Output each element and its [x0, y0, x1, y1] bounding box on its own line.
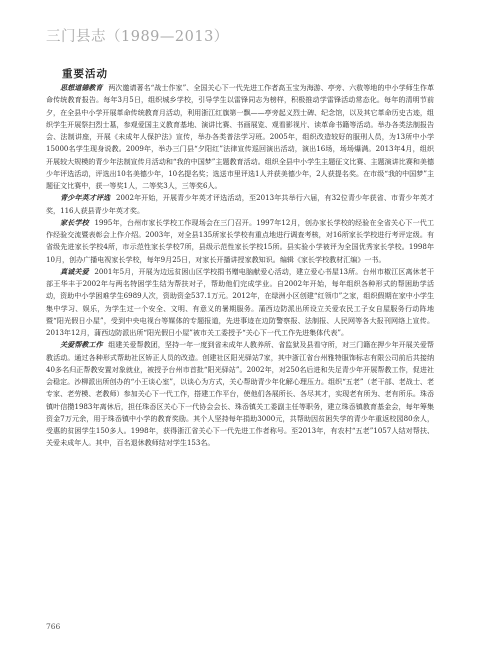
paragraph-text: 1995年，台州市家长学校工作现场会在三门召开。1997年12月，创办家长学校的…	[46, 218, 434, 264]
paragraph-care-assistance: 关爱帮教工作组建关爱帮教团，坚持一年一度到省未成年人教养所、省监狱及县看守所，对…	[46, 339, 434, 449]
paragraph-keyword: 思想道德教育	[60, 83, 102, 92]
paragraph-keyword: 真诚关爱	[60, 267, 89, 276]
page-number: 766	[46, 622, 60, 631]
paragraph-sincere-care: 真诚关爱2001年5月，开展为边远贫困山区学校捐书赠电脑献爱心活动，建立爱心书屋…	[46, 266, 434, 340]
paragraph-keyword: 家长学校	[60, 218, 89, 227]
running-header: 三门县志（1989—2013）	[46, 25, 229, 46]
paragraph-keyword: 青少年英才评选	[60, 193, 110, 202]
paragraph-text: 两次邀请著名“战士作家”、全国关心下一代先进工作者高玉宝为海游、亭旁、六敖等地的…	[46, 83, 434, 190]
paragraph-moral-education: 思想道德教育两次邀请著名“战士作家”、全国关心下一代先进工作者高玉宝为海游、亭旁…	[46, 82, 434, 192]
paragraph-parent-school: 家长学校1995年，台州市家长学校工作现场会在三门召开。1997年12月，创办家…	[46, 217, 434, 266]
body-text: 思想道德教育两次邀请著名“战士作家”、全国关心下一代先进工作者高玉宝为海游、亭旁…	[46, 82, 434, 450]
section-title: 重要活动	[62, 66, 108, 81]
paragraph-keyword: 关爱帮教工作	[60, 340, 103, 349]
paragraph-text: 2001年5月，开展为边远贫困山区学校捐书赠电脑献爱心活动，建立爱心书屋13所。…	[46, 267, 434, 337]
paragraph-youth-talent: 青少年英才评选2002年开始，开展青少年英才评选活动，至2013年共举行六届，有…	[46, 192, 434, 217]
paragraph-text: 组建关爱帮教团，坚持一年一度到省未成年人教养所、省监狱及县看守所，对三门籍在押少…	[46, 340, 434, 447]
